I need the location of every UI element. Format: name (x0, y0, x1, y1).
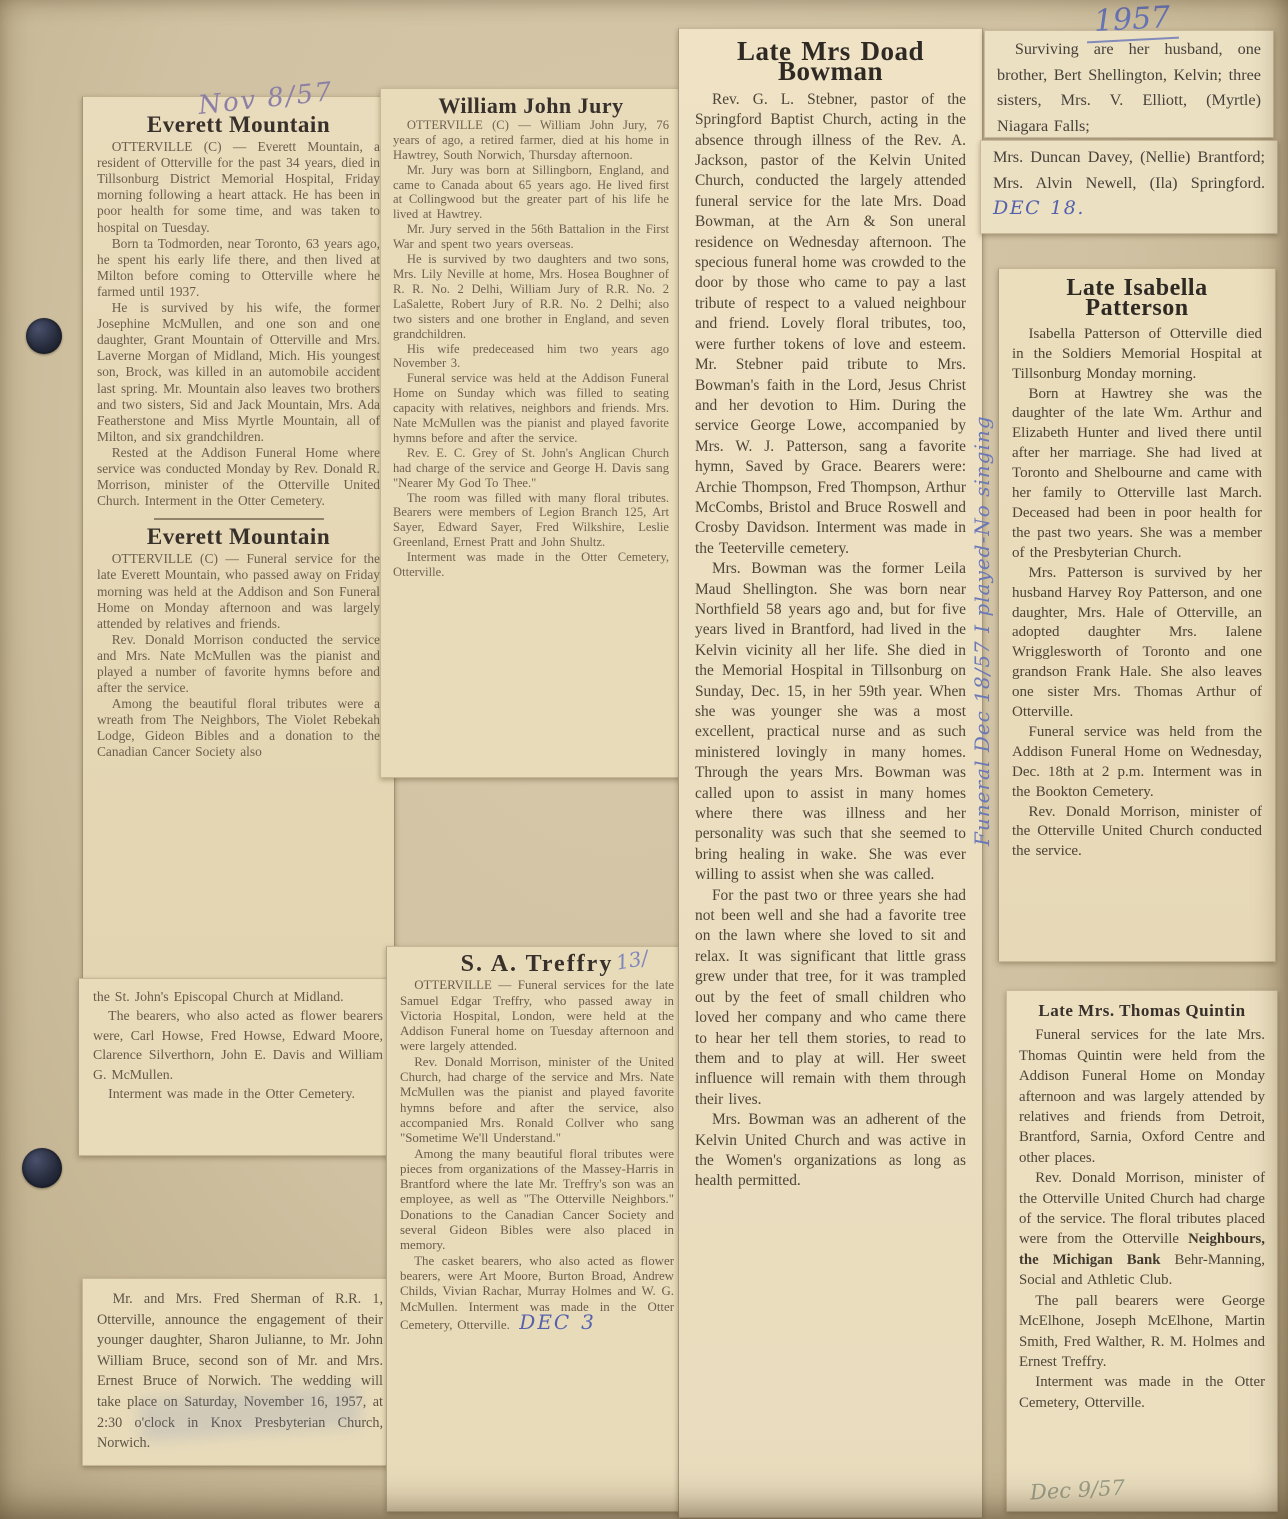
paragraph: The pall bearers were George McElhone, J… (1019, 1291, 1265, 1373)
binder-hole (22, 1148, 62, 1188)
paragraph: Mr. and Mrs. Fred Sherman of R.R. 1, Ott… (97, 1289, 383, 1454)
paragraph: Interment was made in the Otter Cemetery… (393, 550, 669, 580)
clipping-surviving-relatives-part2: Mrs. Duncan Davey, (Nellie) Brantford; M… (980, 140, 1278, 234)
paragraph: Interment was made in the Otter Cemetery… (93, 1084, 383, 1103)
paragraph: Mrs. Patterson is survived by her husban… (1012, 564, 1262, 723)
clipping-late-isabella-patterson: Late Isabella Patterson Isabella Patters… (998, 268, 1276, 962)
paragraph: Rev. Donald Morrison, minister of the Un… (400, 1055, 674, 1147)
headline-everett-mountain: Everett Mountain (97, 117, 380, 133)
paragraph: Rev. Donald Morrison, minister of the Ot… (1019, 1168, 1265, 1290)
handwritten-dec-18: DEC 18. (993, 197, 1085, 219)
paragraph: OTTERVILLE (C) — Funeral service for the… (97, 551, 380, 631)
clipping-william-john-jury: William John Jury OTTERVILLE (C) — Willi… (380, 88, 682, 778)
paragraph: His wife predeceased him two years ago N… (393, 342, 669, 372)
paragraph: Funeral services for the late Mrs. Thoma… (1019, 1025, 1265, 1168)
paragraph: Among the many beautiful floral tributes… (400, 1147, 674, 1254)
handwritten-year-1957: 1957 (1085, 0, 1179, 43)
handwritten-date-dec-9-57: Dec 9/57 (1029, 1476, 1125, 1505)
clipping-late-mrs-doad-bowman: Late Mrs Doad Bowman Rev. G. L. Stebner,… (678, 28, 983, 1518)
binder-hole (26, 318, 62, 354)
article-divider (154, 518, 324, 520)
paragraph: He is survived by his wife, the former J… (97, 300, 380, 445)
handwritten-dec-3: DEC 3 (519, 1310, 596, 1334)
paragraph: Mrs. Bowman was the former Leila Maud Sh… (695, 559, 966, 886)
paragraph: Funeral service was held at the Addison … (393, 371, 669, 446)
paragraph: Funeral service was held from the Addiso… (1012, 723, 1262, 803)
handwritten-margin-note: Funeral Dec 18/57 I played-No singing (970, 246, 994, 846)
headline-late-mrs-thomas-quintin: Late Mrs. Thomas Quintin (1019, 1001, 1265, 1021)
paragraph: Born at Hawtrey she was the daughter of … (1012, 385, 1262, 564)
paragraph: Rev. G. L. Stebner, pastor of the Spring… (695, 90, 966, 559)
paragraph: Rev. Donald Morrison conducted the servi… (97, 632, 380, 696)
paragraph: Mrs. Duncan Davey, (Nellie) Brantford; M… (993, 145, 1265, 223)
paragraph: For the past two or three years she had … (695, 886, 966, 1110)
paragraph: Rev. Donald Morrison, minister of the Ot… (1012, 803, 1262, 863)
headline-late-isabella-patterson: Late Isabella Patterson (1012, 279, 1262, 319)
paragraph: OTTERVILLE — Funeral services for the la… (400, 978, 674, 1054)
headline-william-john-jury: William John Jury (393, 99, 669, 114)
headline-everett-mountain-funeral: Everett Mountain (97, 529, 380, 545)
paragraph: The room was filled with many floral tri… (393, 491, 669, 551)
clipping-everett-continuation: the St. John's Episcopal Church at Midla… (78, 978, 398, 1156)
paragraph: The casket bearers, who also acted as fl… (400, 1254, 674, 1333)
paragraph: Surviving are her husband, one brother, … (997, 37, 1261, 138)
paragraph: He is survived by two daughters and two … (393, 252, 669, 341)
paragraph: Mr. Jury was born at Sillingborn, Englan… (393, 163, 669, 223)
paragraph: The bearers, who also acted as flower be… (93, 1006, 383, 1084)
clipping-surviving-relatives-part1: Surviving are her husband, one brother, … (984, 30, 1274, 138)
clipping-s-a-treffry: S. A. Treffry OTTERVILLE — Funeral servi… (386, 946, 688, 1512)
paragraph: Mrs. Bowman was an adherent of the Kelvi… (695, 1110, 966, 1192)
scrapbook-page: Everett Mountain OTTERVILLE (C) — Everet… (0, 0, 1288, 1519)
paragraph: Interment was made in the Otter Cemetery… (1019, 1372, 1265, 1413)
clipping-late-mrs-thomas-quintin: Late Mrs. Thomas Quintin Funeral service… (1006, 990, 1278, 1512)
clipping-sherman-bruce-engagement: Mr. and Mrs. Fred Sherman of R.R. 1, Ott… (82, 1278, 398, 1466)
paragraph: Among the beautiful floral tributes were… (97, 696, 380, 760)
clipping-everett-mountain: Everett Mountain OTTERVILLE (C) — Everet… (82, 96, 395, 979)
paragraph: OTTERVILLE (C) — William John Jury, 76 y… (393, 118, 669, 163)
paragraph: OTTERVILLE (C) — Everett Mountain, a res… (97, 139, 380, 236)
paragraph: Isabella Patterson of Otterville died in… (1012, 325, 1262, 385)
paragraph: Born ta Todmorden, near Toronto, 63 year… (97, 236, 380, 300)
paragraph: the St. John's Episcopal Church at Midla… (93, 987, 383, 1006)
paragraph: Rev. E. C. Grey of St. John's Anglican C… (393, 446, 669, 491)
headline-late-mrs-doad-bowman: Late Mrs Doad Bowman (695, 41, 966, 82)
paragraph: Rested at the Addison Funeral Home where… (97, 445, 380, 509)
paragraph-text: Mrs. Duncan Davey, (Nellie) Brantford; M… (993, 148, 1265, 192)
paragraph: Mr. Jury served in the 56th Battalion in… (393, 222, 669, 252)
